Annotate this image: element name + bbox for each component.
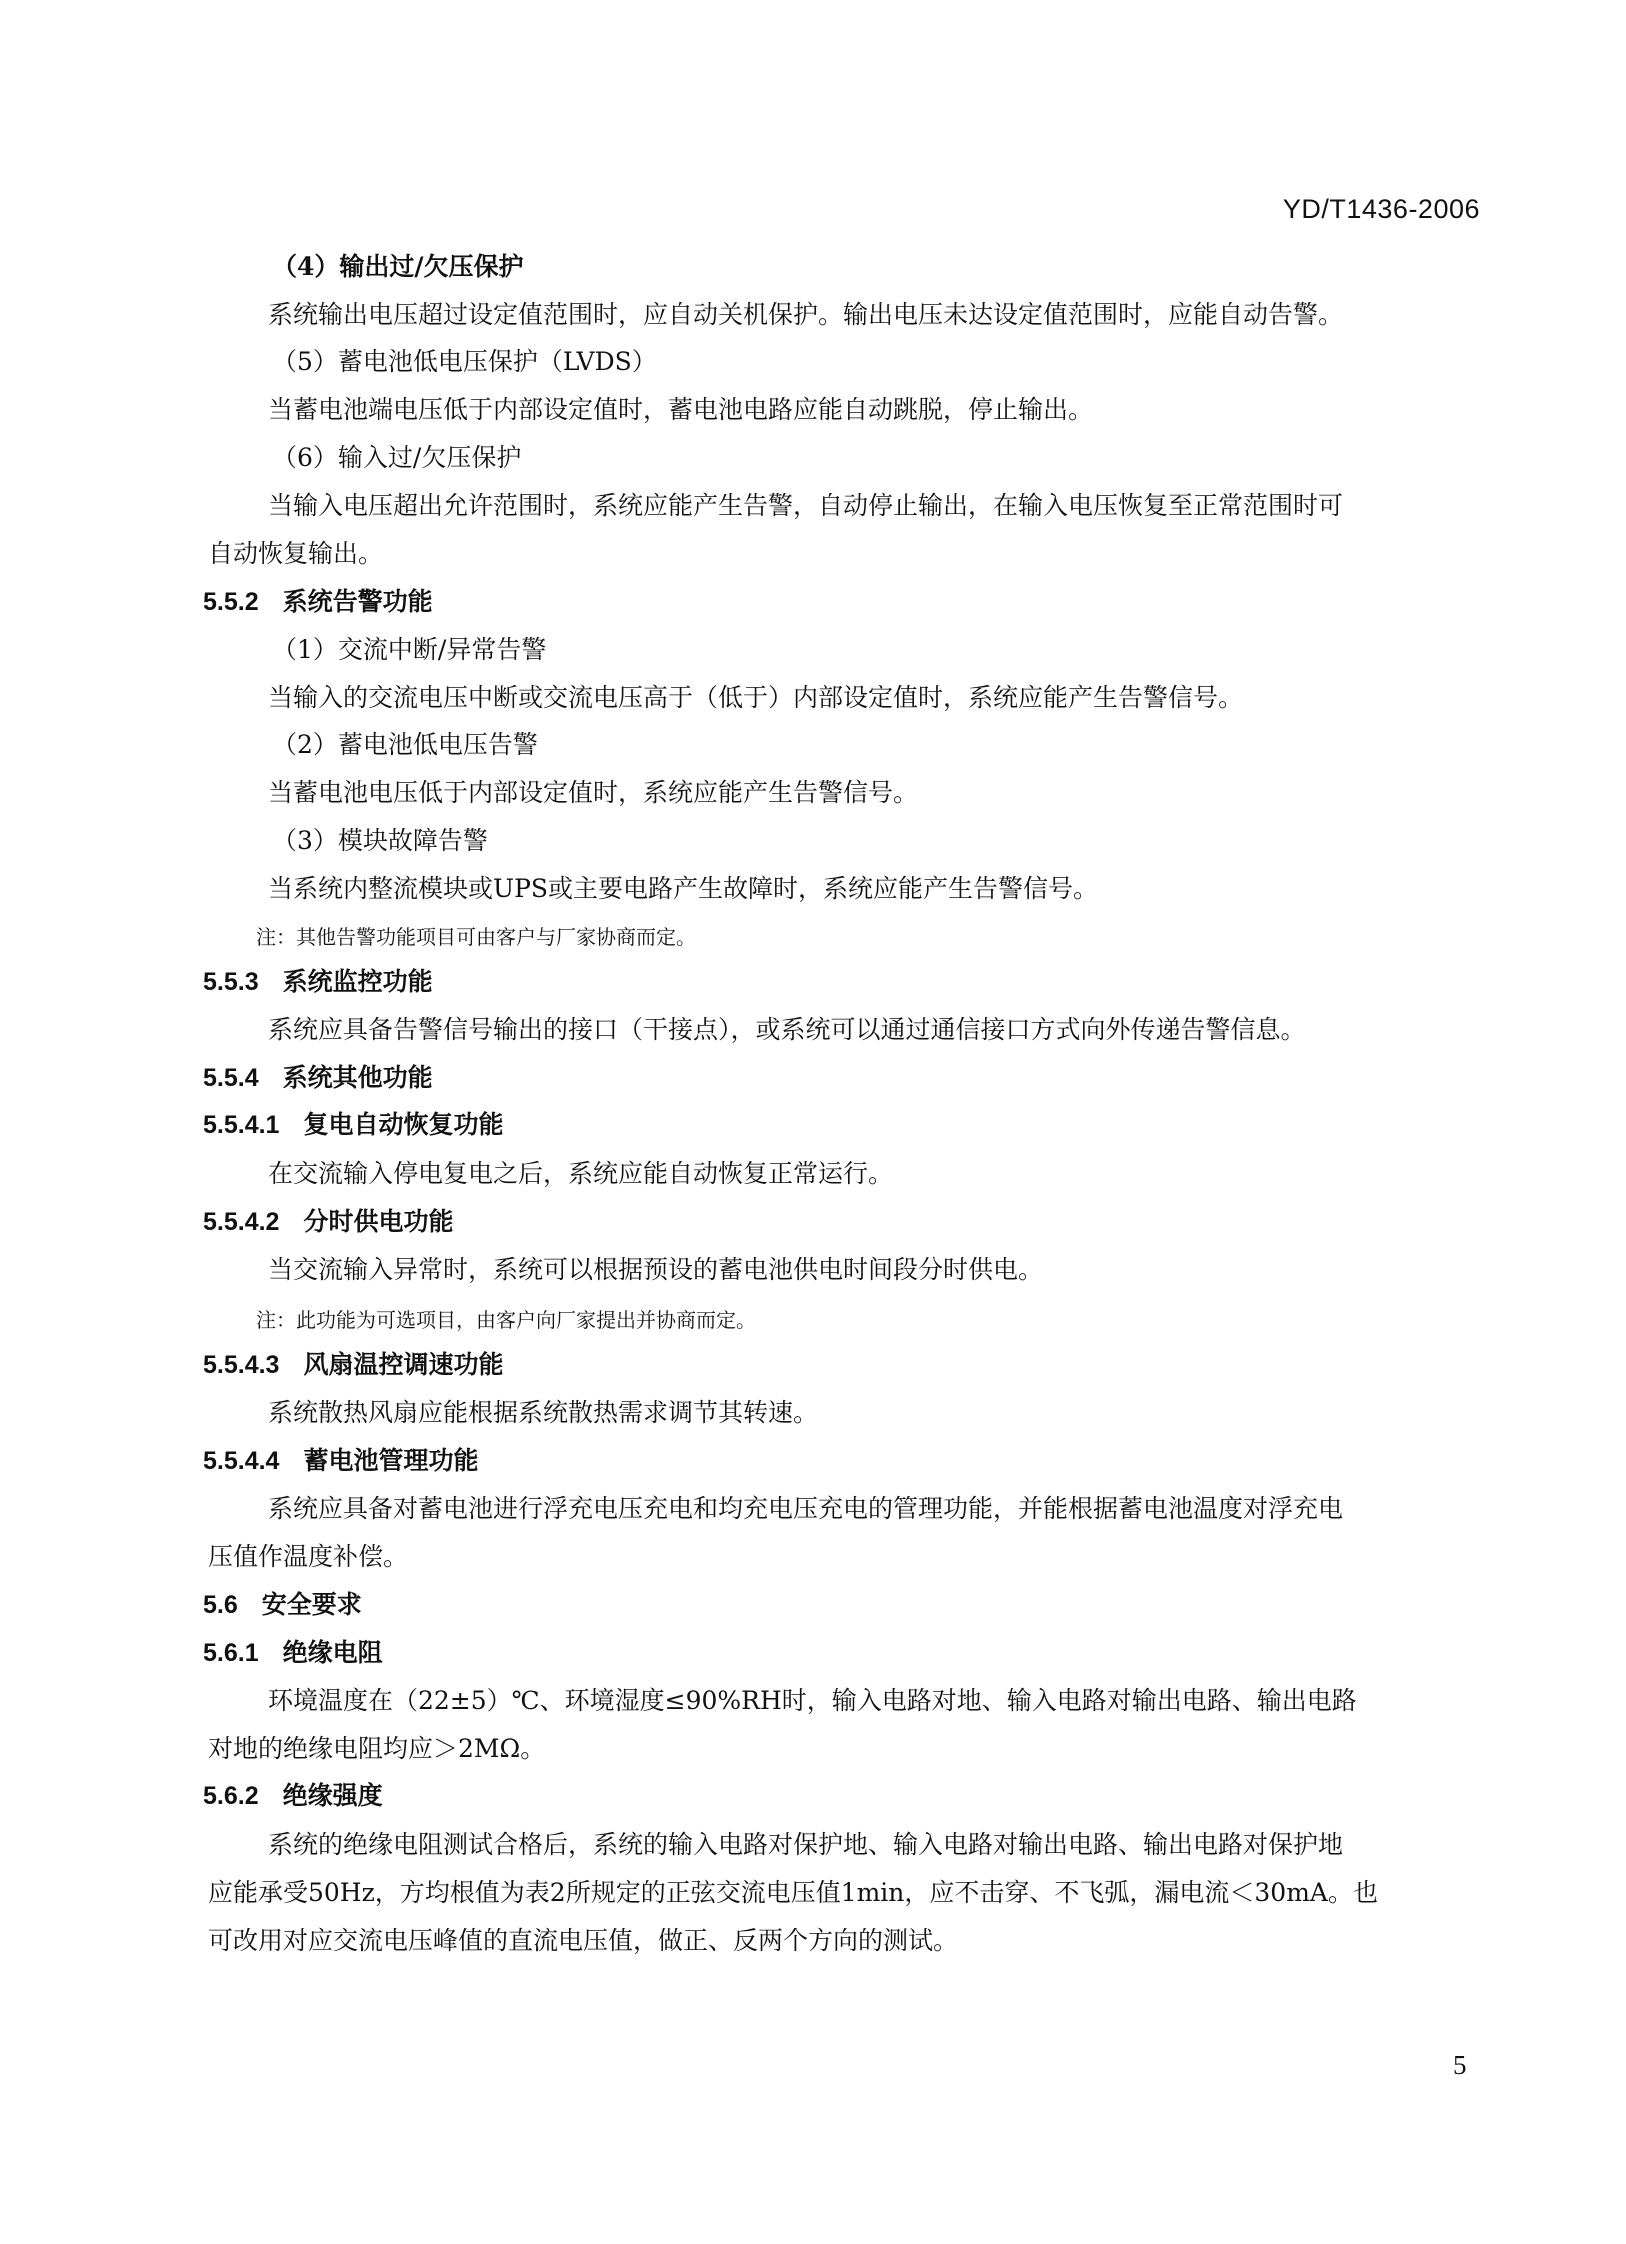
section-number: 5.5.4.1 [203,1108,279,1142]
section-number: 5.6.1 [203,1636,259,1670]
item6-title: （6）输入过/欠压保护 [272,441,521,475]
section-5-5-4-4-body-line1: 系统应具备对蓄电池进行浮充电压充电和均充电压充电的管理功能，并能根据蓄电池温度对… [268,1492,1343,1526]
item5-body: 当蓄电池端电压低于内部设定值时，蓄电池电路应能自动跳脱，停止输出。 [268,393,1093,427]
section-5-5-3-body: 系统应具备告警信号输出的接口（干接点），或系统可以通过通信接口方式向外传递告警信… [268,1013,1306,1047]
page-number: 5 [1453,2050,1467,2081]
section-5-6-1-heading: 5.6.1绝缘电阻 [203,1636,383,1670]
item6-body-line1: 当输入电压超出允许范围时，系统应能产生告警，自动停止输出，在输入电压恢复至正常范… [268,489,1343,523]
note-optional-feature: 注：此功能为可选项目，由客户向厂家提出并协商而定。 [256,1303,756,1337]
item4-body: 系统输出电压超过设定值范围时，应自动关机保护。输出电压未达设定值范围时，应能自动… [268,298,1343,332]
section-5-5-4-2-heading: 5.5.4.2分时供电功能 [203,1205,453,1239]
section-5-5-4-4-heading: 5.5.4.4蓄电池管理功能 [203,1444,478,1478]
section-5-5-3-heading: 5.5.3系统监控功能 [203,965,433,999]
section-5-5-4-1-body: 在交流输入停电复电之后，系统应能自动恢复正常运行。 [268,1157,893,1191]
section-number: 5.5.4.2 [203,1205,279,1239]
section-5-5-4-3-body: 系统散热风扇应能根据系统散热需求调节其转速。 [268,1396,818,1430]
section-5-6-2-heading: 5.6.2绝缘强度 [203,1779,383,1813]
section-title: 绝缘电阻 [283,1639,383,1667]
section-5-6-1-body-line2: 对地的绝缘电阻均应＞2MΩ。 [208,1732,545,1766]
section-title: 复电自动恢复功能 [303,1111,503,1139]
section-5-6-2-body-line3: 可改用对应交流电压峰值的直流电压值，做正、反两个方向的测试。 [208,1924,958,1958]
section-title: 系统监控功能 [283,968,433,996]
section-number: 5.5.3 [203,965,259,999]
section-title: 安全要求 [262,1591,362,1619]
section-title: 绝缘强度 [283,1782,383,1810]
section-title: 风扇温控调速功能 [303,1351,503,1379]
section-number: 5.5.4 [203,1061,259,1095]
section-number: 5.6.2 [203,1779,259,1813]
section-5-5-4-1-heading: 5.5.4.1复电自动恢复功能 [203,1108,503,1142]
alarm3-body: 当系统内整流模块或UPS或主要电路产生故障时，系统应能产生告警信号。 [268,872,1098,906]
section-5-5-4-2-body: 当交流输入异常时，系统可以根据预设的蓄电池供电时间段分时供电。 [268,1253,1043,1287]
item5-title: （5）蓄电池低电压保护（LVDS） [272,345,657,379]
section-number: 5.5.4.3 [203,1348,279,1382]
section-5-5-4-heading: 5.5.4系统其他功能 [203,1061,433,1095]
alarm3-title: （3）模块故障告警 [272,824,488,858]
section-5-5-4-3-heading: 5.5.4.3风扇温控调速功能 [203,1348,503,1382]
section-title: 系统告警功能 [283,588,433,616]
section-title: 系统其他功能 [283,1064,433,1092]
alarm1-body: 当输入的交流电压中断或交流电压高于（低于）内部设定值时，系统应能产生告警信号。 [268,681,1243,715]
section-5-5-4-4-body-line2: 压值作温度补偿。 [208,1540,408,1574]
alarm2-title: （2）蓄电池低电压告警 [272,728,538,762]
section-title: 蓄电池管理功能 [303,1447,478,1475]
section-number: 5.5.2 [203,585,259,619]
item6-body-line2: 自动恢复输出。 [208,537,383,571]
standard-code-header: YD/T1436-2006 [1283,194,1480,225]
alarm2-body: 当蓄电池电压低于内部设定值时，系统应能产生告警信号。 [268,776,918,810]
section-5-5-2-heading: 5.5.2系统告警功能 [203,585,433,619]
note-alarm-items: 注：其他告警功能项目可由客户与厂家协商而定。 [256,920,696,954]
section-5-6-heading: 5.6安全要求 [203,1588,362,1622]
section-5-6-2-body-line1: 系统的绝缘电阻测试合格后，系统的输入电路对保护地、输入电路对输出电路、输出电路对… [268,1828,1343,1862]
section-5-6-2-body-line2: 应能承受50Hz，方均根值为表2所规定的正弦交流电压值1min，应不击穿、不飞弧… [208,1876,1378,1910]
item4-title: （4）输出过/欠压保护 [272,250,524,284]
section-number: 5.6 [203,1588,238,1622]
section-title: 分时供电功能 [303,1208,453,1236]
section-number: 5.5.4.4 [203,1444,279,1478]
section-5-6-1-body-line1: 环境温度在（22±5）℃、环境湿度≤90%RH时，输入电路对地、输入电路对输出电… [268,1684,1357,1718]
alarm1-title: （1）交流中断/异常告警 [272,633,546,667]
